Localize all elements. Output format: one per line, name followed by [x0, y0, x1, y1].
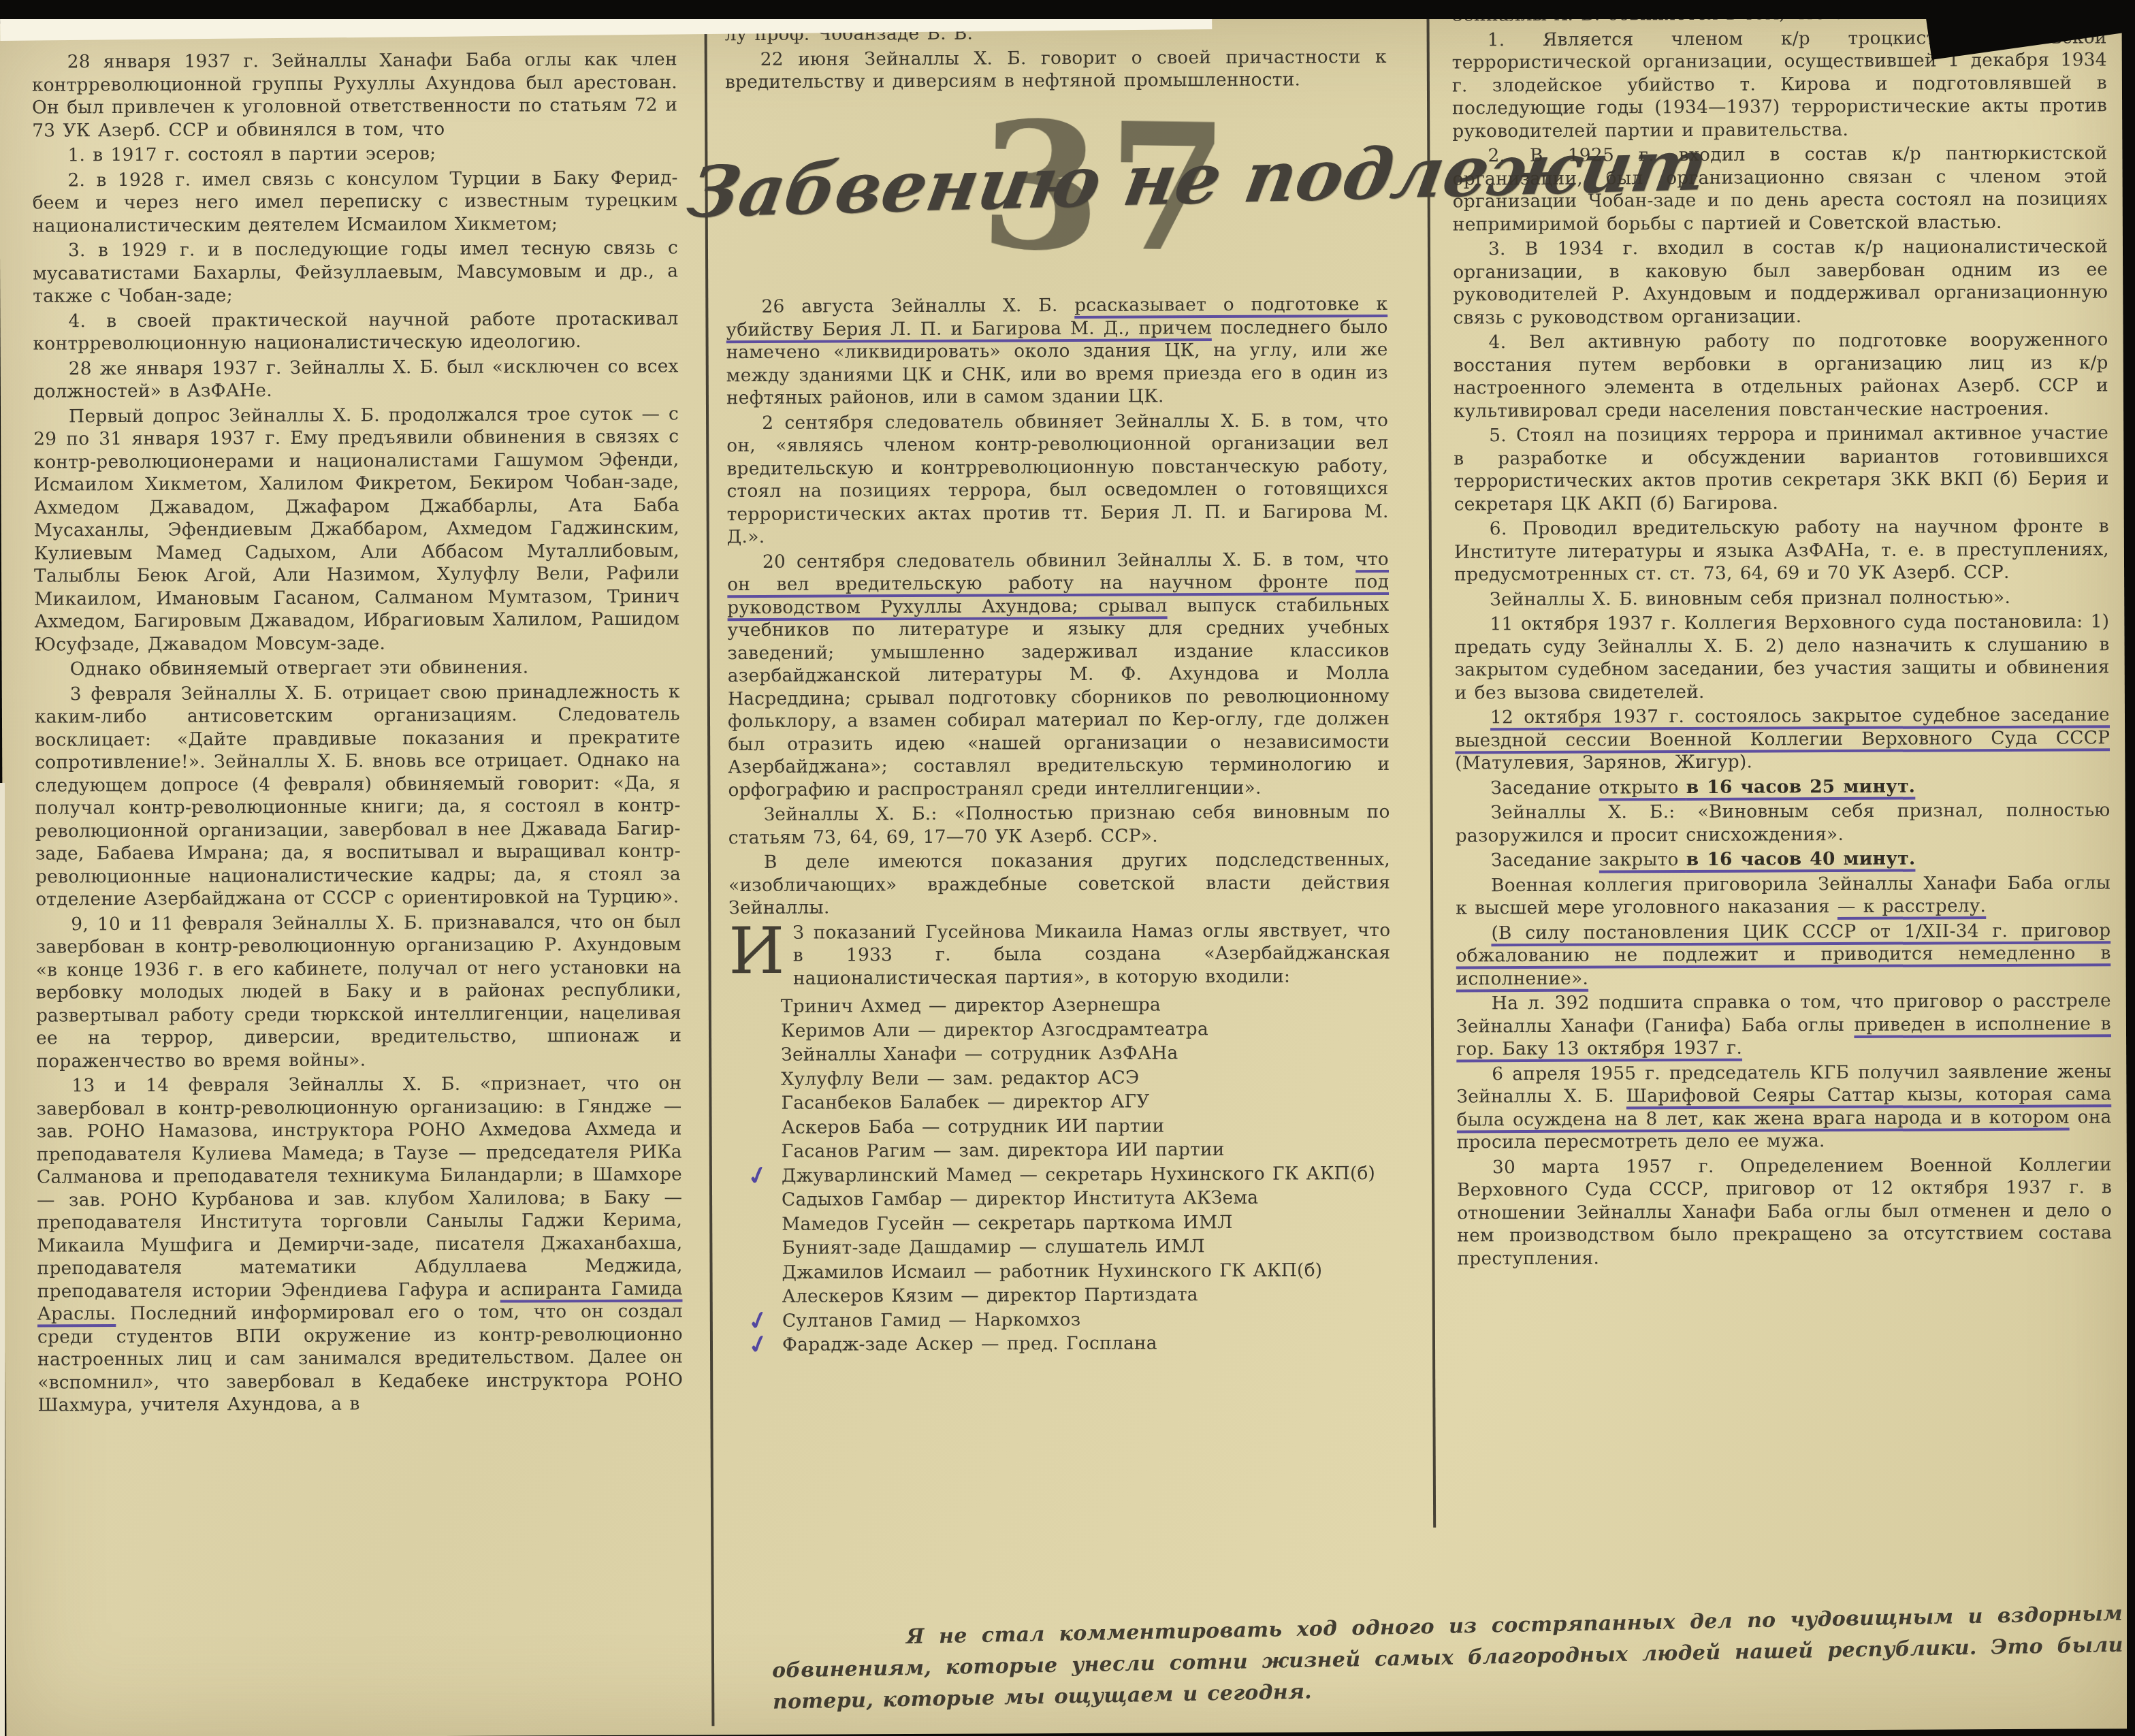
paragraph: Военная коллегия приговорила Зейналлы Ха… [1456, 871, 2110, 920]
paragraph: 3. в 1929 г. и в последующие годы имел т… [33, 236, 678, 308]
list-item: ✓Фарадж-заде Аскер — пред. Госплана [731, 1331, 1392, 1357]
drop-cap: И [728, 921, 793, 977]
list-item: Алескеров Кязим — директор Партиздата [731, 1283, 1392, 1308]
paragraph: 12 октября 1937 г. состоялось закрытое с… [1455, 703, 2110, 775]
paragraph: 1. в 1917 г. состоял в партии эсеров; [32, 141, 677, 167]
paragraph: Зейналлы Х. Б.: «Виновным себя признал, … [1456, 799, 2110, 847]
paragraph: Зейналлы Х. Б.: «Полностью признаю себя … [728, 801, 1390, 849]
paragraph: Однако обвиняемый отвергает эти обвинени… [35, 655, 680, 681]
scan-left-edge [0, 783, 5, 1736]
list-item: Гасанбеков Балабек — директор АГУ [729, 1089, 1391, 1115]
paragraph: 28 же января 1937 г. Зейналлы Х. Б. был … [33, 355, 679, 403]
scan-right-edge [2127, 0, 2135, 1736]
paragraph: 4. Вел активную работу по подготовке воо… [1454, 328, 2109, 422]
paragraph: Заседание открыто в 16 часов 25 минут. [1455, 774, 2110, 800]
paragraph: Зейналлы Х. Б. виновным себя признал пол… [1454, 585, 2109, 611]
paragraph: 3 февраля Зейналлы Х. Б. отрицает свою п… [35, 680, 681, 911]
list-item: Джамилов Исмаил — работник Нухинского ГК… [730, 1258, 1392, 1284]
column-1: 28 января 1937 г. Зейналлы Ханафи Баба о… [32, 48, 685, 1722]
paragraph: 2. в 1928 г. имел связь с консулом Турци… [32, 166, 677, 238]
list-item: ✓Султанов Гамид — Наркомхоз [731, 1306, 1392, 1332]
paragraph: 13 и 14 февраля Зейналлы Х. Б. «признает… [36, 1072, 683, 1417]
paragraph: 30 марта 1957 г. Определением Военной Ко… [1457, 1153, 2113, 1270]
paragraph: 6. Проводил вредительскую работу на науч… [1454, 515, 2109, 586]
checkmark-icon: ✓ [745, 1162, 771, 1189]
list-item: Буният-заде Дашдамир — слушатель ИМЛ [730, 1234, 1392, 1260]
paragraph: 26 августа Зейналлы Х. Б. рсасказывает о… [726, 293, 1388, 410]
paragraph: 11 октября 1937 г. Коллегия Верховного с… [1454, 610, 2110, 704]
paragraph: 5. Стоял на позициях террора и принимал … [1454, 421, 2109, 515]
list-item: Аскеров Баба — сотрудник ИИ партии [730, 1113, 1392, 1139]
paragraph: 9, 10 и 11 февраля Зейналлы Х. Б. призна… [35, 910, 681, 1073]
list-item: Зейналлы Ханафи — сотрудник АзФАНа [729, 1041, 1391, 1067]
paragraph: 4. в своей практической научной работе п… [33, 307, 678, 355]
scan-top-edge [0, 0, 2135, 19]
paragraph: В деле имеются показания других подследс… [728, 848, 1390, 920]
member-list: Тринич Ахмед — директор АзернешраКеримов… [729, 993, 1392, 1357]
paragraph: (В силу постановления ЦИК СССР от 1/XII-… [1456, 919, 2110, 991]
list-item: Керимов Али — директор Азгосдрамтеатра [729, 1016, 1391, 1042]
paragraph: 2. В 1925 г. входил в состав к/р пантюрк… [1452, 142, 2108, 236]
newspaper-clipping: 28 января 1937 г. Зейналлы Ханафи Баба о… [0, 14, 2129, 1736]
column-2-main: 26 августа Зейналлы Х. Б. рсасказывает о… [726, 293, 1394, 1642]
paragraph: 3. В 1934 г. входил в состав к/р национа… [1453, 235, 2108, 329]
column-3: Зейналлы Х. Б. обвиняется в том, что он1… [1451, 1, 2114, 1645]
paragraph: Заседание закрыто в 16 часов 40 минут. [1456, 846, 2110, 872]
checkmark-icon: ✓ [745, 1332, 771, 1359]
list-item: Садыхов Гамбар — директор Института АКЗе… [730, 1186, 1392, 1212]
paragraph: 2 сентября следователь обвиняет Зейналлы… [726, 408, 1389, 548]
paragraph: Первый допрос Зейналлы Х. Б. продолжался… [33, 402, 680, 656]
masthead: 37 Забвению не подлежит [686, 120, 1438, 318]
paragraph: 28 января 1937 г. Зейналлы Ханафи Баба о… [32, 48, 678, 142]
paragraph: 20 сентября следователь обвинил Зейналлы… [727, 547, 1390, 801]
list-item: Мамедов Гусейн — секретарь парткома ИМЛ [730, 1210, 1392, 1236]
paragraph: ИЗ показаний Гусейнова Микаила Намаз огл… [728, 918, 1390, 990]
list-item: Тринич Ахмед — директор Азернешра [729, 993, 1391, 1018]
list-item: Хулуфлу Вели — зам. редактор АСЭ [729, 1065, 1391, 1091]
paragraph: На л. 392 подшита справка о том, что при… [1456, 989, 2111, 1061]
list-item: ✓Джуварлинский Мамед — секретарь Нухинск… [730, 1161, 1392, 1187]
paragraph: 6 апреля 1955 г. председатель КГБ получи… [1456, 1060, 2112, 1154]
list-item: Гасанов Рагим — зам. директора ИИ партии [730, 1138, 1392, 1163]
